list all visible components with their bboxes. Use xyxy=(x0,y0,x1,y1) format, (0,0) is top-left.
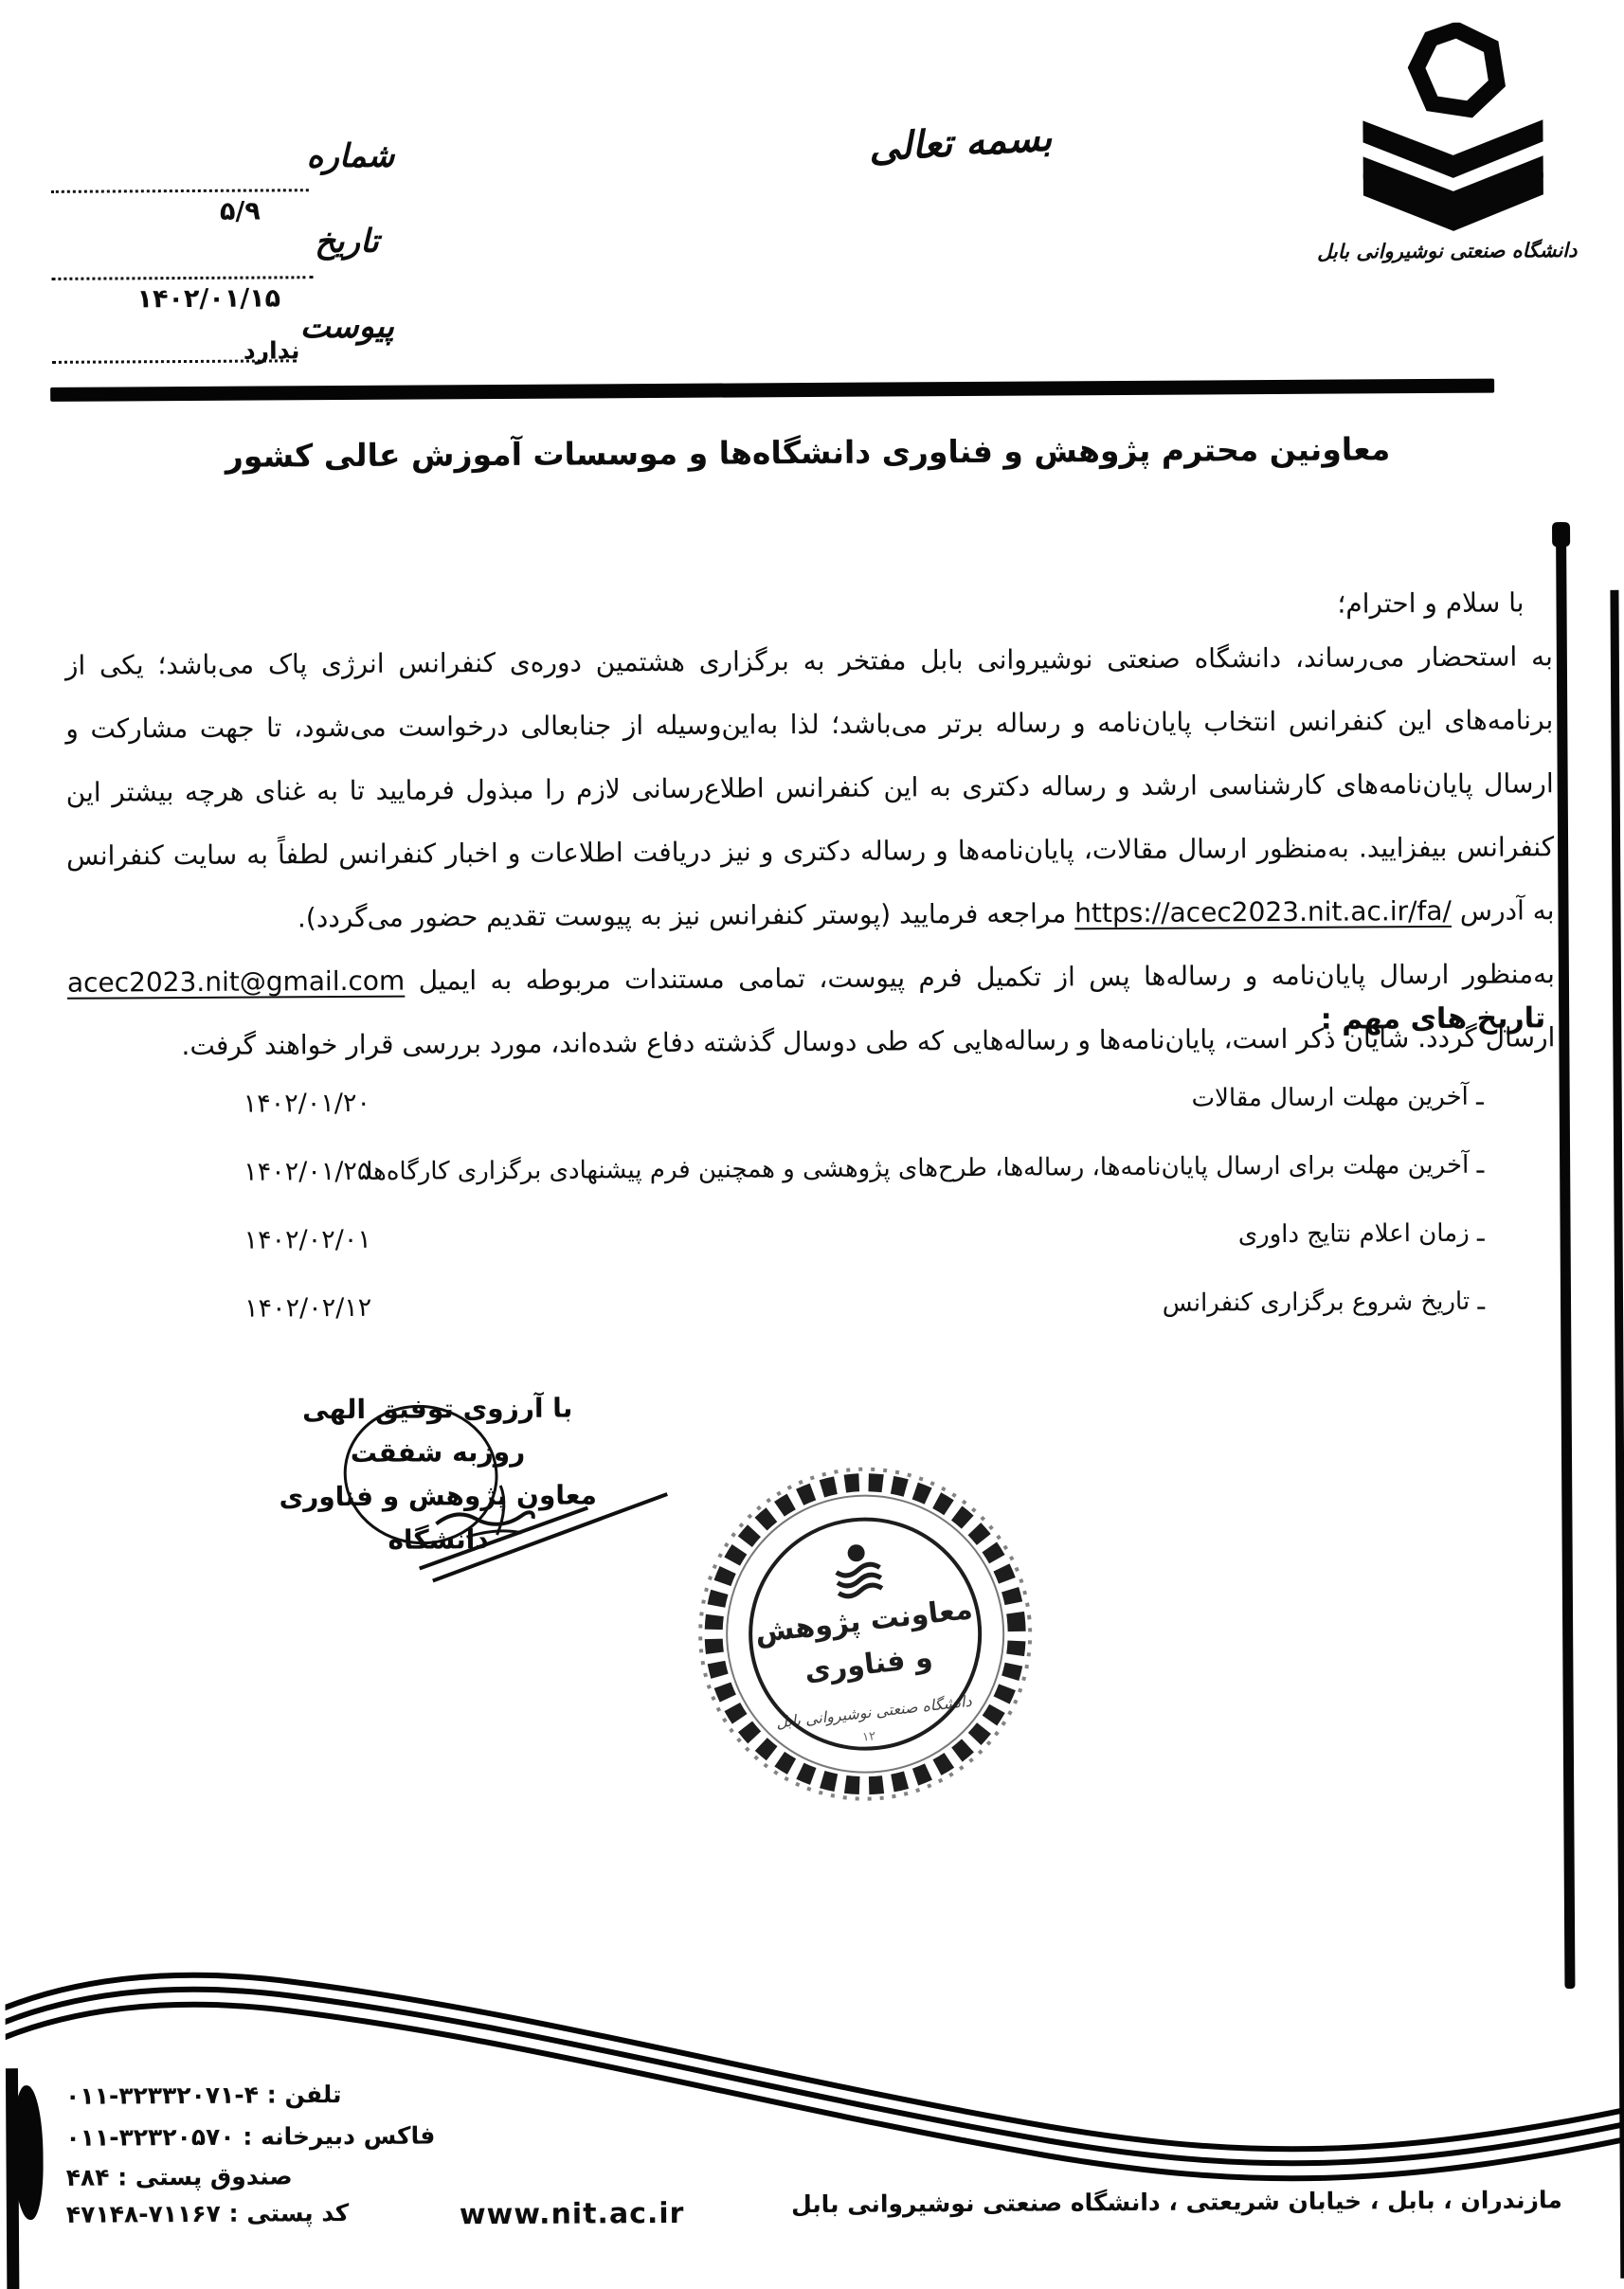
scan-artifact-right-blob xyxy=(1552,522,1570,547)
conference-email-link[interactable]: acec2023.nit@gmail.com xyxy=(67,949,406,1015)
footer-phone-label: تلفن : xyxy=(267,2081,342,2108)
date-item-label: ـ آخرین مهلت برای ارسال پایان‌نامه‌ها، ر… xyxy=(366,1130,1556,1206)
important-dates-list: ـ آخرین مهلت ارسال مقالات ۱۴۰۲/۰۱/۲۰ ـ آ… xyxy=(68,1062,1558,1344)
salutation: با سلام و احترام؛ xyxy=(1337,586,1524,619)
ref-date-dotted-line xyxy=(51,276,313,280)
footer-fax-label: فاکس دبیرخانه : xyxy=(243,2121,435,2150)
footer-address: مازندران ، بابل ، خیابان شریعتی ، دانشگا… xyxy=(791,2186,1562,2218)
date-item-value: ۱۴۰۲/۰۲/۱۲ xyxy=(244,1274,372,1343)
footer-pobox-label: صندوق پستی : xyxy=(117,2162,293,2190)
footer-postcode-label: کد پستی : xyxy=(228,2199,349,2227)
bismillah-calligraphy: بسمه تعالی xyxy=(817,112,1103,172)
date-list-item: ـ آخرین مهلت برای ارسال پایان‌نامه‌ها، ر… xyxy=(68,1130,1556,1208)
ref-date-label: تاریخ xyxy=(315,223,379,261)
signature-block: با آرزوی توفیق الهی روزبه شفقت معاون پژو… xyxy=(234,1386,642,1563)
ref-attachment-value: ندارد xyxy=(244,336,300,364)
date-item-value: ۱۴۰۲/۰۱/۲۵ xyxy=(244,1138,371,1207)
university-logo-icon xyxy=(1310,22,1596,240)
footer-pobox: صندوق پستی : ۴۸۴ xyxy=(66,2162,293,2190)
signatory-title: معاون پژوهش و فناوری دانشگاه xyxy=(234,1473,642,1563)
footer-website-link[interactable]: www.nit.ac.ir xyxy=(460,2197,685,2231)
footer-fax-value: ۰۱۱-۳۲۳۲۰۵۷۰ xyxy=(65,2123,234,2152)
conference-url-link[interactable]: https://acec2023.nit.ac.ir/fa/ xyxy=(1074,879,1452,945)
signatory-name: روزبه شفقت xyxy=(234,1430,641,1476)
ref-date-value: ۱۴۰۲/۰۱/۱۵ xyxy=(136,283,280,314)
scanned-letter-page: شماره ۵/۹ تاریخ ۱۴۰۲/۰۱/۱۵ پیوست ندارد ب… xyxy=(0,0,1624,2289)
scan-artifact-right-bar xyxy=(1556,522,1575,1989)
footer-pobox-value: ۴۸۴ xyxy=(66,2164,110,2191)
date-list-item: ـ زمان اعلام نتایج داوری ۱۴۰۲/۰۲/۰۱ xyxy=(68,1199,1556,1276)
date-list-item: ـ تاریخ شروع برگزاری کنفرانس ۱۴۰۲/۰۲/۱۲ xyxy=(69,1267,1557,1344)
date-item-label: ـ تاریخ شروع برگزاری کنفرانس xyxy=(1162,1267,1557,1338)
paragraph-2-text-before: به‌منظور ارسال پایان‌نامه و رساله‌ها پس … xyxy=(405,958,1555,996)
paragraph-1: به استحضار می‌رساند، دانشگاه صنعتی نوشیر… xyxy=(65,624,1555,951)
footer-phone: تلفن : ۰۱۱-۳۲۳۳۲۰۷۱-۴ xyxy=(65,2081,342,2110)
paragraph-1-text-after: مراجعه فرمایید (پوستر کنفرانس نیز به پیو… xyxy=(298,897,1074,933)
important-dates-heading: تاریخ های مهم : xyxy=(1321,1001,1546,1036)
ref-number-value: ۵/۹ xyxy=(220,197,261,226)
ref-number-dotted-line xyxy=(51,189,309,193)
date-item-label: ـ آخرین مهلت ارسال مقالات xyxy=(1191,1062,1556,1132)
svg-text:۱۲: ۱۲ xyxy=(861,1729,876,1744)
ref-number-label: شماره xyxy=(306,137,394,176)
recipient-title: معاونین محترم پژوهش و فناوری دانشگاه‌ها … xyxy=(81,429,1534,475)
official-stamp-seal: معاونت پژوهش و فناوری دانشگاه صنعتی نوشی… xyxy=(675,1457,1056,1810)
university-logo-caption: دانشگاه صنعتی نوشیروانی بابل xyxy=(1290,238,1603,263)
header-divider-bar xyxy=(50,379,1494,402)
date-item-value: ۱۴۰۲/۰۲/۰۱ xyxy=(244,1206,371,1275)
footer-fax: فاکس دبیرخانه : ۰۱۱-۳۲۳۲۰۵۷۰ xyxy=(65,2121,435,2151)
footer-phone-value: ۰۱۱-۳۲۳۳۲۰۷۱-۴ xyxy=(65,2082,259,2110)
date-item-value: ۱۴۰۲/۰۱/۲۰ xyxy=(244,1070,371,1139)
footer-postcode: کد پستی : ۴۷۱۴۸-۷۱۱۶۷ xyxy=(66,2199,350,2228)
footer-postcode-value: ۴۷۱۴۸-۷۱۱۶۷ xyxy=(66,2200,221,2228)
ref-attachment-label: پیوست xyxy=(300,308,394,347)
date-list-item: ـ آخرین مهلت ارسال مقالات ۱۴۰۲/۰۱/۲۰ xyxy=(68,1062,1556,1140)
signature-closing: با آرزوی توفیق الهی xyxy=(234,1386,641,1433)
date-item-label: ـ زمان اعلام نتایج داوری xyxy=(1238,1199,1557,1269)
